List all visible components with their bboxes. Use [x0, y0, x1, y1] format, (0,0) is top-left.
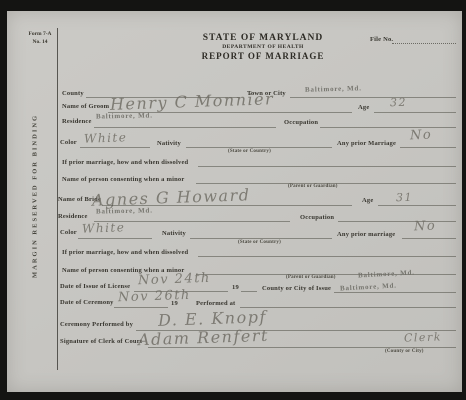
town-value-stamp: Baltimore, Md.	[305, 84, 362, 93]
ceremony-year-prefix: 19	[171, 300, 178, 307]
header-department: DEPARTMENT OF HEALTH	[192, 44, 334, 50]
clerk-sublabel: (County or City)	[385, 349, 424, 354]
clerk-signature-label: Signature of Clerk of Court	[60, 338, 142, 345]
license-date-label: Date of Issue of License	[60, 283, 130, 290]
groom-color-label: Color	[60, 139, 77, 146]
license-year-line	[241, 291, 257, 292]
groom-residence-label: Residence	[62, 118, 92, 125]
groom-age-label: Age	[358, 104, 369, 111]
bride-residence-stamp: Baltimore, Md.	[96, 207, 153, 216]
header-state: STATE OF MARYLAND	[192, 33, 334, 43]
groom-prior-handwriting: No	[410, 128, 433, 144]
ceremony-date-label: Date of Ceremony	[60, 299, 114, 306]
groom-occupation-line	[320, 127, 456, 128]
bride-prior-line	[402, 238, 456, 239]
bride-nativity-label: Nativity	[162, 230, 186, 237]
bride-age-label: Age	[362, 197, 373, 204]
ceremony-performed-at-label: Performed at	[196, 300, 235, 307]
groom-occupation-label: Occupation	[284, 119, 318, 126]
ceremony-date-line	[114, 307, 168, 308]
clerk-signature-line	[148, 347, 456, 348]
groom-residence-line	[94, 127, 276, 128]
bride-residence-label: Residence	[58, 213, 88, 220]
file-no-label: File No.	[370, 36, 393, 43]
groom-nativity-label: Nativity	[157, 140, 181, 147]
groom-consent-sublabel: (Parent or Guardian)	[288, 184, 338, 189]
bride-color-label: Color	[60, 229, 77, 236]
bride-color-line	[78, 238, 152, 239]
town-line	[290, 97, 456, 98]
groom-dissolved-label: If prior marriage, how and when dissolve…	[62, 159, 188, 166]
bride-nativity-sublabel: (State or Country)	[238, 240, 281, 245]
bride-prior-label: Any prior marriage	[337, 231, 395, 238]
bride-consent-sublabel: (Parent or Guardian)	[286, 275, 336, 280]
groom-name-label: Name of Groom	[62, 103, 109, 110]
bride-prior-handwriting: No	[414, 219, 437, 235]
bride-occupation-line	[338, 221, 456, 222]
form-number-line2: No. 14	[18, 39, 62, 45]
bride-dissolved-line	[198, 256, 456, 257]
scanned-document: Form 7-A No. 14 MARGIN RESERVED FOR BIND…	[0, 0, 466, 400]
groom-nativity-line	[186, 147, 332, 148]
clerk-title-handwriting: Clerk	[404, 330, 442, 344]
groom-residence-stamp: Baltimore, Md.	[96, 112, 153, 121]
groom-age-line	[374, 112, 456, 113]
license-issue-line	[334, 292, 456, 293]
ceremony-date-handwriting: Nov 26th	[118, 288, 191, 306]
groom-prior-line	[400, 147, 456, 148]
groom-age-handwriting: 32	[390, 96, 407, 110]
license-date-handwriting: Nov 24th	[138, 271, 211, 289]
form-number-line1: Form 7-A	[18, 31, 62, 37]
license-year-prefix: 19	[232, 284, 239, 291]
bride-dissolved-label: If prior marriage, how and when dissolve…	[62, 249, 188, 256]
license-issue-label: County or City of Issue	[262, 285, 331, 292]
groom-color-handwriting: White	[84, 130, 128, 146]
header-title: REPORT OF MARRIAGE	[192, 51, 334, 61]
bride-occupation-label: Occupation	[300, 214, 334, 221]
groom-nativity-sublabel: (State or Country)	[228, 149, 271, 154]
file-no-line	[392, 43, 456, 44]
county-label: County	[62, 90, 84, 97]
ceremony-performed-at-line	[240, 307, 456, 308]
groom-prior-label: Any prior Marriage	[337, 140, 396, 147]
performed-by-label: Ceremony Performed by	[60, 321, 133, 328]
groom-dissolved-line	[198, 166, 456, 167]
groom-color-line	[80, 147, 150, 148]
bride-nativity-line	[190, 238, 332, 239]
bride-age-line	[378, 205, 456, 206]
bride-color-handwriting: White	[82, 220, 126, 236]
margin-reserved-note: MARGIN RESERVED FOR BINDING	[28, 108, 42, 284]
bride-age-handwriting: 31	[396, 191, 413, 205]
groom-consent-label: Name of person consenting when a minor	[62, 176, 184, 183]
